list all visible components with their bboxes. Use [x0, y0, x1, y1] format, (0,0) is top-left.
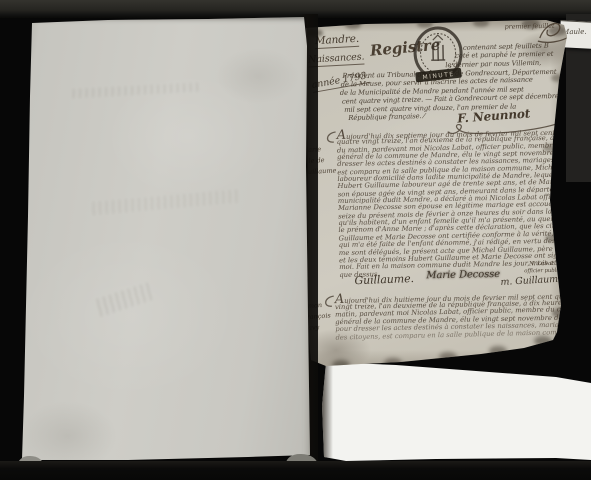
act1-paragraph: Aujourd'hui dix septieme jour du mois de…: [337, 128, 570, 279]
signature-witness1: Marie Decosse: [426, 269, 500, 281]
officiant-signature: N. Labat: [529, 261, 554, 267]
scanned-register-photograph: Maule. premier feuillet Mandre. Naissanc…: [0, 0, 591, 480]
blank-verso-page: [8, 16, 316, 468]
officiant-title: officier public: [524, 268, 561, 275]
signature-witness2: m. Guillaume: [500, 274, 564, 288]
ink-bleedthrough: [68, 83, 198, 99]
scanner-bottom-band: [0, 461, 591, 480]
underlying-blank-page: [316, 356, 591, 466]
margin-commune-label: Mandre.: [314, 33, 359, 49]
manuscript-recto-page: premier feuillet Mandre. Naissances. ann…: [306, 20, 572, 376]
header-line: République française. ⁄: [348, 112, 425, 122]
scanner-top-band: [0, 0, 591, 18]
ink-bleedthrough: [92, 282, 155, 318]
ink-bleedthrough: [88, 189, 239, 215]
page-edge-shadow: [321, 356, 333, 466]
signature-father: Guillaume.: [354, 272, 414, 287]
manuscript-content: premier feuillet Mandre. Naissances. ann…: [305, 15, 578, 376]
minute-stamp: MINUTE: [412, 26, 465, 87]
act2-paragraph: Aujourd'hui dix huitieme jour du mois de…: [335, 292, 572, 342]
